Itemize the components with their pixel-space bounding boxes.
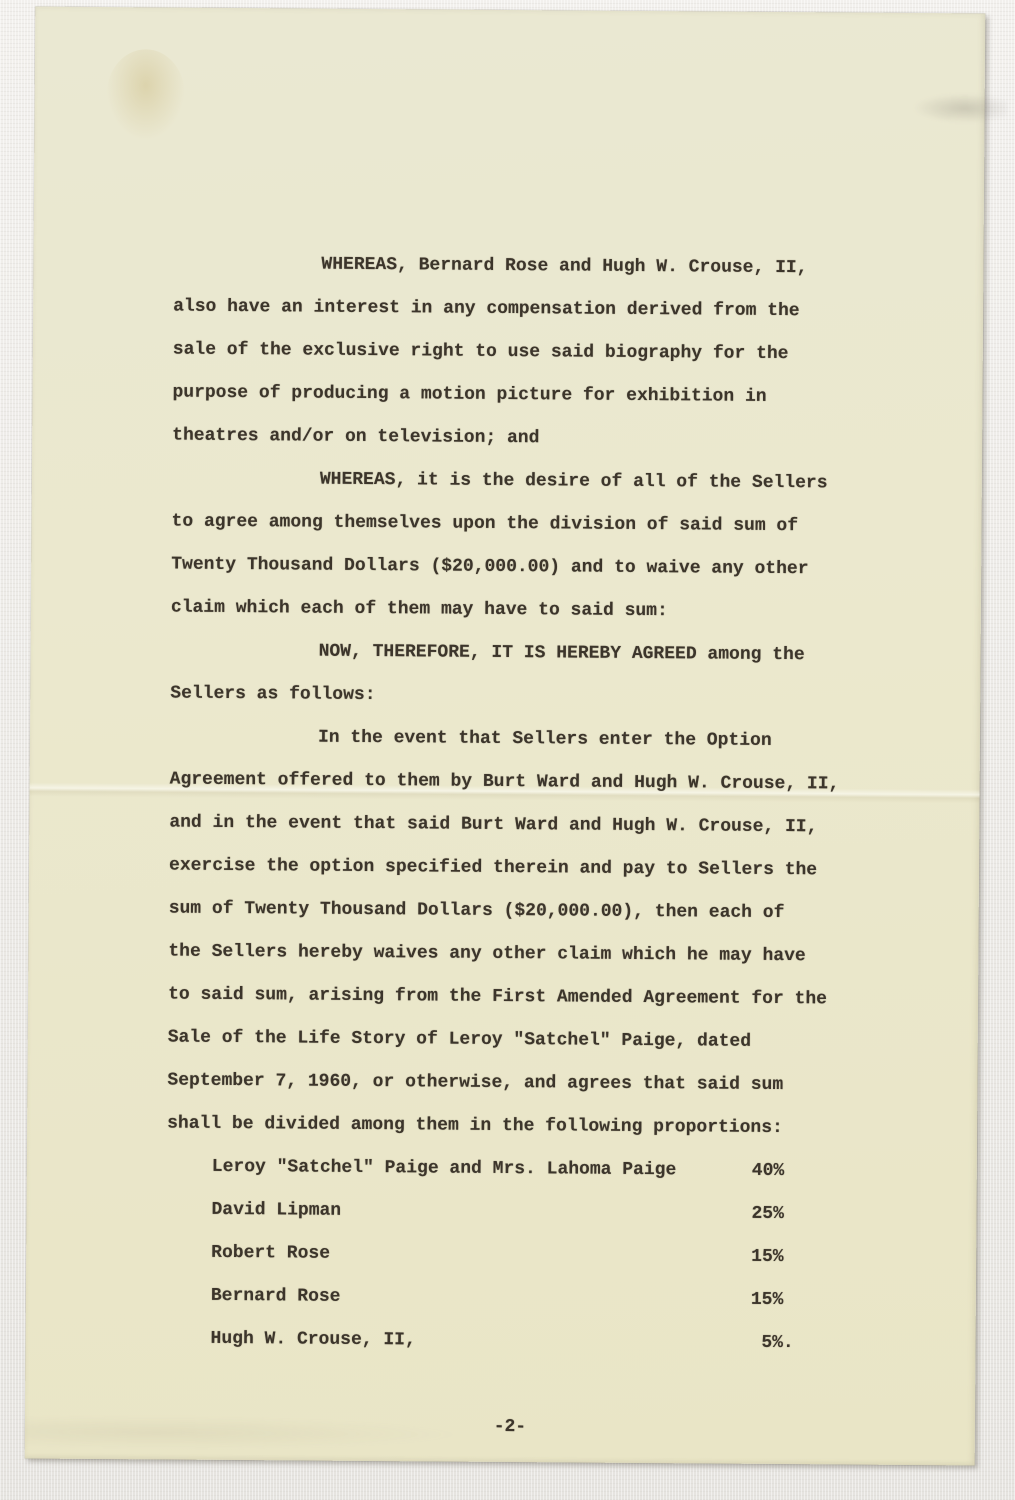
- proportion-share: 5%.: [750, 1322, 794, 1365]
- proportion-name: Hugh W. Crouse, II,: [210, 1329, 415, 1351]
- edge-smudge: [913, 93, 1008, 124]
- document-page: WHEREAS, Bernard Rose and Hugh W. Crouse…: [25, 7, 986, 1466]
- document-text: WHEREAS, Bernard Rose and Hugh W. Crouse…: [165, 243, 864, 1452]
- paragraph-now-therefore: NOW, THEREFORE, IT IS HEREBY AGREED amon…: [170, 630, 861, 721]
- paragraph-option-event: In the event that Sellers enter the Opti…: [167, 716, 860, 1151]
- proportion-share: 15%: [751, 1236, 784, 1279]
- proportion-name: Bernard Rose: [211, 1286, 341, 1307]
- paragraph-whereas-desire: WHEREAS, it is the desire of all of the …: [171, 458, 862, 635]
- proportion-share: 15%: [751, 1279, 784, 1322]
- proportion-name: Leroy "Satchel" Paige and Mrs. Lahoma Pa…: [212, 1157, 677, 1180]
- proportion-share: 25%: [751, 1193, 784, 1236]
- proportion-row: Hugh W. Crouse, II, 5%.: [165, 1318, 855, 1366]
- proportion-row: Bernard Rose 15%: [166, 1275, 856, 1323]
- proportion-share: 40%: [752, 1150, 785, 1193]
- paragraph-whereas-interest: WHEREAS, Bernard Rose and Hugh W. Crouse…: [172, 243, 864, 463]
- paper-stain: [106, 49, 185, 140]
- proportion-name: Robert Rose: [211, 1243, 330, 1264]
- proportion-row: Leroy "Satchel" Paige and Mrs. Lahoma Pa…: [167, 1146, 857, 1194]
- blank-line: [165, 1361, 855, 1409]
- proportion-row: David Lipman 25%: [166, 1189, 856, 1237]
- page-number: -2-: [165, 1404, 855, 1452]
- proportion-row: Robert Rose 15%: [166, 1232, 856, 1280]
- proportion-name: David Lipman: [211, 1200, 341, 1221]
